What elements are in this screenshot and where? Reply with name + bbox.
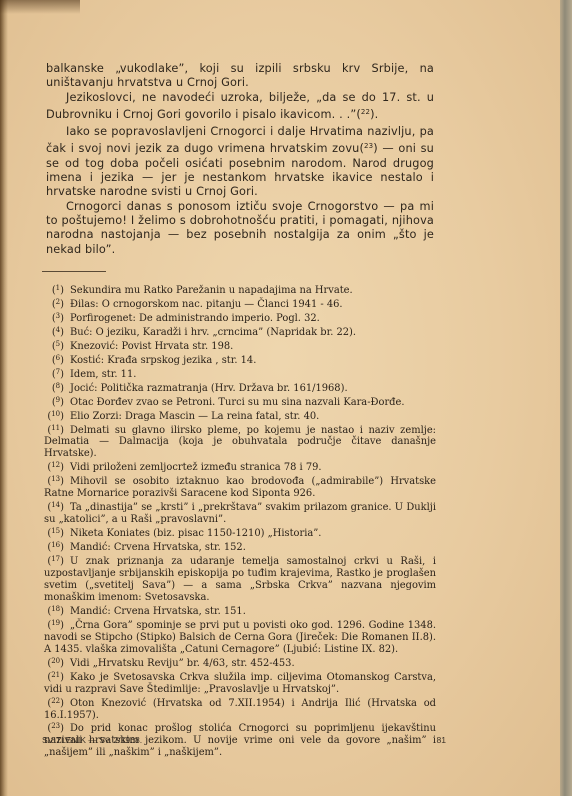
footnote-number: (3) [44,311,64,325]
footnote-text: Đilas: O crnogorskom nac. pitanju — Član… [70,299,343,310]
footnote-number: (23) [44,721,64,735]
footnote-text: U znak priznanja za udaranje temelja sam… [44,556,436,603]
footnotes: (1)Sekundira mu Ratko Parežanin u napada… [44,283,436,759]
top-shadow [0,0,80,14]
footnote: (10)Elio Zorzi: Draga Mascin — La reina … [44,409,436,423]
footnote-text: Vidi „Hrvatsku Reviju” br. 4/63, str. 45… [70,658,295,669]
footnote-number: (11) [44,423,64,437]
footnote: (17)U znak priznanja za udaranje temelja… [44,554,436,604]
document-page: balkanske „vukodlake”, koji su izpili sr… [0,0,560,796]
footnote-number: (1) [44,283,64,297]
footnote: (21)Kako je Svetosavska Crkva služila im… [44,670,436,696]
footnote-number: (21) [44,670,64,684]
footnote: (2)Đilas: O crnogorskom nac. pitanju — Č… [44,297,436,311]
footnote-text: Jocić: Politička razmatranja (Hrv. Držav… [70,383,348,394]
footnote: (15)Niketa Koniates (biz. pisac 1150-121… [44,526,436,540]
paragraph-text: balkanske „vukodlake”, koji su izpili sr… [46,62,434,89]
footnote-text: Ta „dinastija” se „krsti” i „prekrštava”… [44,502,436,525]
paragraph-text: Iako se popravoslavljeni Crnogorci i dal… [46,125,434,155]
footnote-divider [42,271,106,272]
footnote-number: (10) [44,409,64,423]
footnote-number: (20) [44,656,64,670]
footnote: (13)Mihovil se osobito iztaknuo kao brod… [44,474,436,500]
footnote: (7)Idem, str. 11. [44,367,436,381]
footnote-number: (6) [44,353,64,367]
footnote-ref: 23 [364,142,373,150]
footnote-text: Mihovil se osobito iztaknuo kao brodovođ… [44,476,436,499]
footnote: (11)Delmati su glavno ilirsko pleme, po … [44,423,436,461]
footnote: (22)Oton Knezović (Hrvatska od 7.XII.195… [44,696,436,722]
footnote-number: (18) [44,604,64,618]
main-text: balkanske „vukodlake”, koji su izpili sr… [46,62,434,257]
footnote: (12)Vidi priloženi zemljocrtež između st… [44,460,436,474]
footnote-number: (9) [44,395,64,409]
spine-shadow [0,0,8,796]
footnote-number: (7) [44,367,64,381]
footnote: (19)„Črna Gora” spominje se prvi put u p… [44,618,436,656]
footnote-number: (5) [44,339,64,353]
footnote-number: (2) [44,297,64,311]
footnote-number: (22) [44,696,64,710]
page-number: 81 [436,735,446,745]
footnote-number: (12) [44,460,64,474]
footnote-number: (8) [44,381,64,395]
footnote-number: (13) [44,474,64,488]
footnote: (8)Jocić: Politička razmatranja (Hrv. Dr… [44,381,436,395]
footnote-text: Elio Zorzi: Draga Mascin — La reina fata… [70,411,319,422]
footnote-text: Knezović: Povist Hrvata str. 198. [70,341,233,352]
footnote: (3)Porfirogenet: De administrando imperi… [44,311,436,325]
footnote: (4)Buć: O jeziku, Karadži i hrv. „crncim… [44,325,436,339]
footnote-text: Kako je Svetosavska Crkva služila imp. c… [44,672,436,695]
footnote-text: Mandić: Crvena Hrvatska, str. 152. [70,542,246,553]
footnote-number: (17) [44,554,64,568]
footnote-text: Mandić: Crvena Hrvatska, str. 151. [70,606,246,617]
footnote: (18)Mandić: Crvena Hrvatska, str. 151. [44,604,436,618]
footnote-text: Idem, str. 11. [70,369,136,380]
footnote: (20)Vidi „Hrvatsku Reviju” br. 4/63, str… [44,656,436,670]
footnote: (1)Sekundira mu Ratko Parežanin u napada… [44,283,436,297]
footnote-number: (16) [44,540,64,554]
paragraph-1: balkanske „vukodlake”, koji su izpili sr… [46,62,434,91]
footnote-text: „Črna Gora” spominje se prvi put u povis… [44,620,436,655]
footnote-text: Delmati su glavno ilirsko pleme, po koje… [44,425,436,460]
footnote-number: (14) [44,500,64,514]
paragraph-4: Crnogorci danas s ponosom iztiču svoje C… [46,200,434,257]
footnote-number: (19) [44,618,64,632]
footnote: (14)Ta „dinastija” se „krsti” i „prekršt… [44,500,436,526]
footnote: (6)Kostić: Krađa srpskog jezika , str. 1… [44,353,436,367]
paragraph-3: Iako se popravoslavljeni Crnogorci i dal… [46,125,434,199]
footnote-text: Vidi priloženi zemljocrtež između strani… [70,462,322,473]
footnote-number: (15) [44,526,64,540]
paragraph-text: . [375,108,379,121]
footnote: (5)Knezović: Povist Hrvata str. 198. [44,339,436,353]
footnote-text: Sekundira mu Ratko Parežanin u napadajim… [70,285,353,296]
footnote-text: Niketa Koniates (biz. pisac 1150-1210) „… [70,528,321,539]
footnote-text: Kostić: Krađa srpskog jezika , str. 14. [70,355,256,366]
footnote-ref: 22 [361,108,370,116]
footnote-text: Oton Knezović (Hrvatska od 7.XII.1954) i… [44,698,436,721]
footnote-text: Otac Đorđev zvao se Petroni. Turci su mu… [70,397,404,408]
footnote-number: (4) [44,325,64,339]
paragraph-2: Jezikoslovci, ne navodeći uzroka, biljež… [46,91,434,123]
footnote-text: Buć: O jeziku, Karadži i hrv. „crncima” … [70,327,356,338]
footnote: (9)Otac Đorđev zvao se Petroni. Turci su… [44,395,436,409]
page-edge [560,0,572,796]
footnote-text: Porfirogenet: De administrando imperio. … [70,313,320,324]
page-footer: SVITLENIK — Sv. 2/1968. 81 [42,735,446,749]
paragraph-text: Crnogorci danas s ponosom iztiču svoje C… [46,200,434,256]
footnote: (16)Mandić: Crvena Hrvatska, str. 152. [44,540,436,554]
publication-label: SVITLENIK — Sv. 2/1968. [42,735,142,745]
